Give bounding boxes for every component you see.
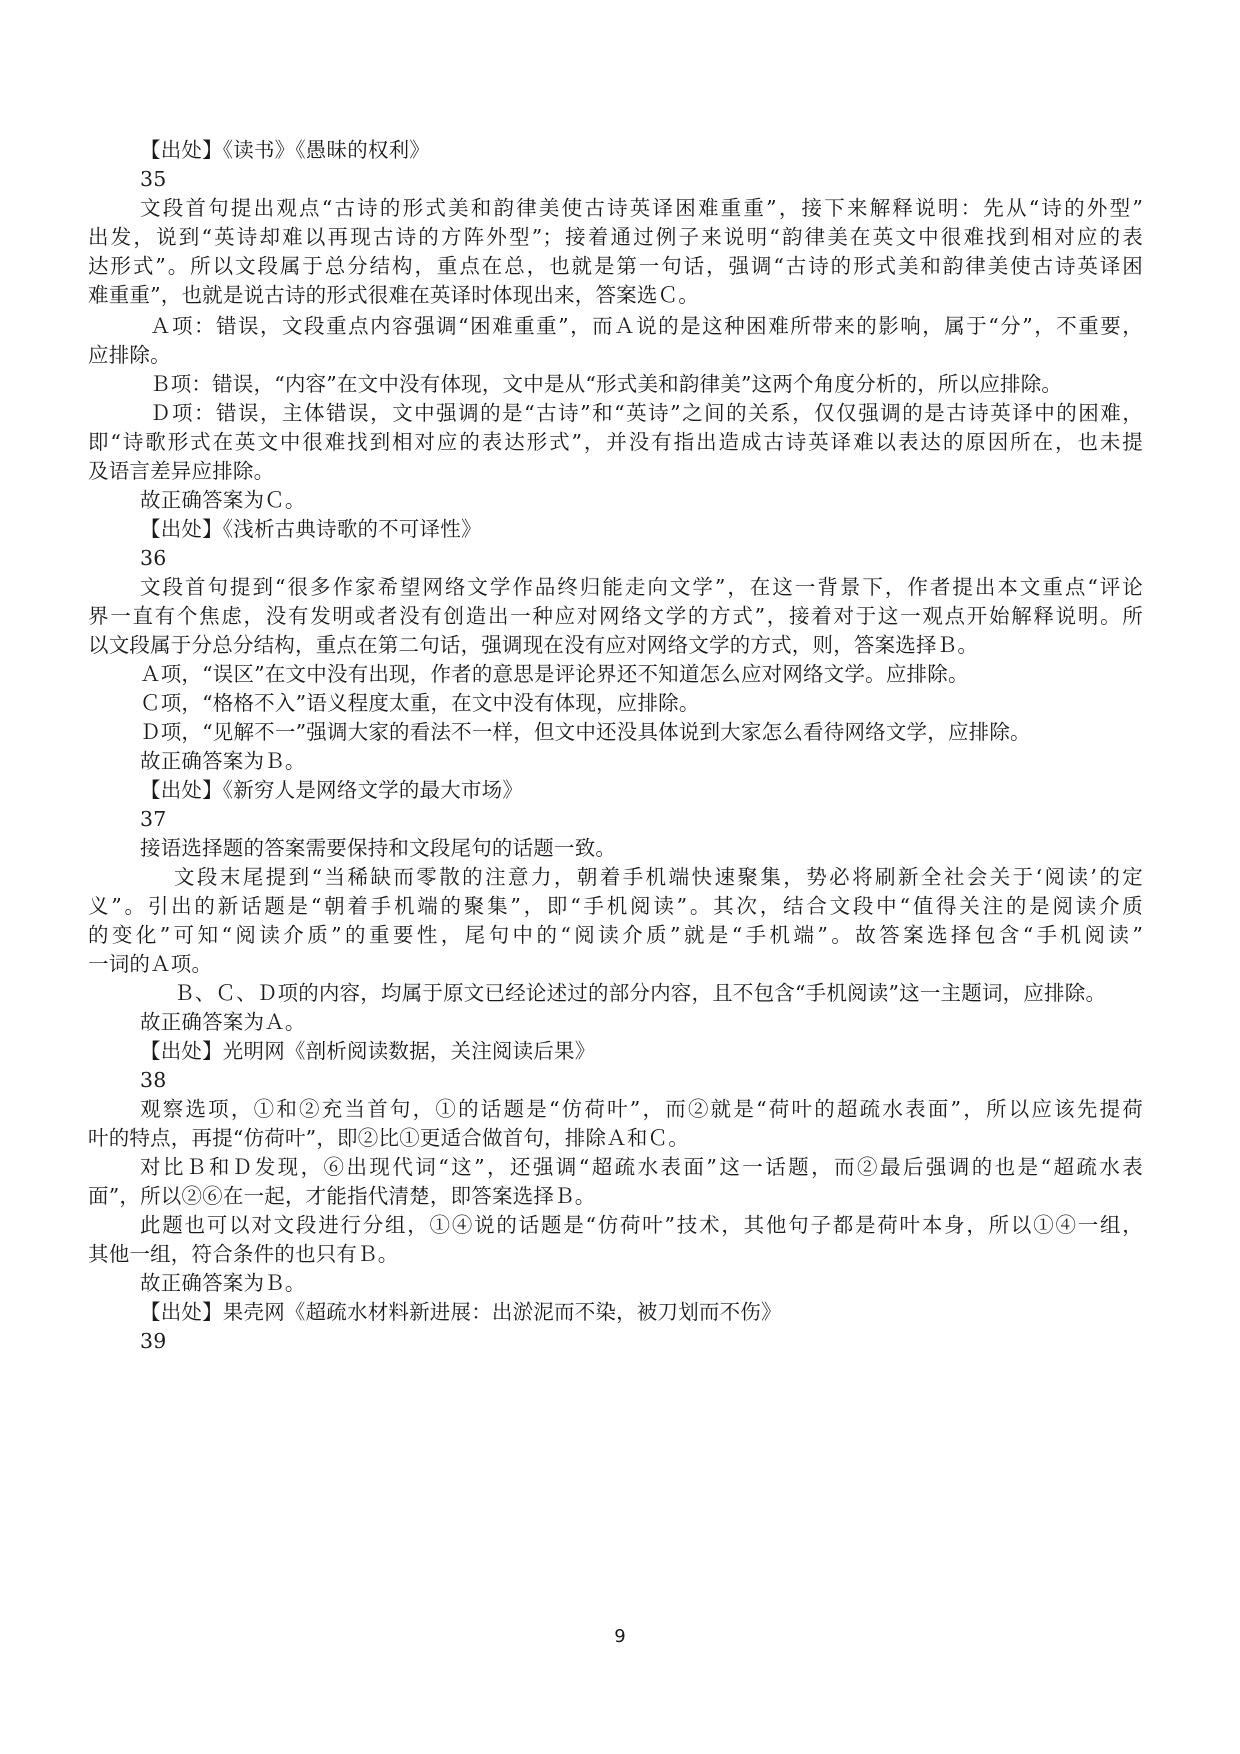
q37-source: 【出处】光明网《剖析阅读数据，关注阅读后果》: [140, 1037, 595, 1066]
q38-grouping-line-1: 此题也可以对文段进行分组，①④说的话题是“仿荷叶”技术，其他句子都是荷叶本身，所…: [140, 1211, 1143, 1240]
question-number-36: 36: [140, 544, 167, 573]
question-number-37: 37: [140, 805, 167, 834]
q38-grouping-line-2: 其他一组，符合条件的也只有Ｂ。: [88, 1240, 399, 1269]
q37-analysis-line-4: 一词的Ａ项。: [88, 950, 212, 979]
q37-analysis-line-3: 的变化”可知“阅读介质”的重要性，尾句中的“阅读介质”就是“手机端”。故答案选择…: [88, 921, 1143, 950]
q35-option-d-line-2: 即“诗歌形式在英文中很难找到相对应的表达形式”，并没有指出造成古诗英译难以表达的…: [88, 428, 1143, 457]
q35-analysis-line-2: 出发，说到“英诗却难以再现古诗的方阵外型”；接着通过例子来说明“韵律美在英文中很…: [88, 223, 1143, 252]
q37-option-bcd: Ｂ、Ｃ、Ｄ项的内容，均属于原文已经论述过的部分内容，且不包含“手机阅读”这一主题…: [174, 979, 1106, 1008]
q35-analysis-line-4: 难重重”，也就是说古诗的形式很难在英译时体现出来，答案选Ｃ。: [88, 281, 699, 310]
q37-analysis-line-2: 义”。引出的新话题是“朝着手机端的聚集”，即“手机阅读”。其次，结合文段中“值得…: [88, 892, 1143, 921]
q35-option-d-line-3: 及语言差异应排除。: [88, 457, 274, 486]
q35-analysis-line-3: 达形式”。所以文段属于总分结构，重点在总，也就是第一句话，强调“古诗的形式美和韵…: [88, 252, 1143, 281]
q37-analysis-line-1: 文段末尾提到“当稀缺而零散的注意力，朝着手机端快速聚集，势必将刷新全社会关于‘阅…: [174, 863, 1143, 892]
q36-analysis-line-1: 文段首句提到“很多作家希望网络文学作品终归能走向文学”，在这一背景下，作者提出本…: [140, 573, 1143, 602]
q38-conclusion: 故正确答案为Ｂ。: [140, 1269, 306, 1298]
q35-source: 【出处】《浅析古典诗歌的不可译性》: [140, 515, 482, 544]
q37-conclusion: 故正确答案为Ａ。: [140, 1008, 306, 1037]
document-page: 【出处】《读书》《愚昧的权利》 35 文段首句提出观点“古诗的形式美和韵律美使古…: [0, 0, 1240, 1754]
q36-conclusion: 故正确答案为Ｂ。: [140, 747, 306, 776]
q36-option-d: Ｄ项，“见解不一”强调大家的看法不一样，但文中还没具体说到大家怎么看待网络文学，…: [140, 718, 1031, 747]
q36-option-a: Ａ项，“误区”在文中没有出现，作者的意思是评论界还不知道怎么应对网络文学。应排除…: [140, 660, 969, 689]
q35-analysis-line-1: 文段首句提出观点“古诗的形式美和韵律美使古诗英译困难重重”，接下来解释说明：先从…: [140, 194, 1143, 223]
question-number-39: 39: [140, 1327, 167, 1356]
q38-analysis-line-1: 观察选项，①和②充当首句，①的话题是“仿荷叶”，而②就是“荷叶的超疏水表面”，所…: [140, 1095, 1143, 1124]
source-line: 【出处】《读书》《愚昧的权利》: [140, 136, 430, 165]
q35-conclusion: 故正确答案为Ｃ。: [140, 486, 306, 515]
q35-option-d-line-1: Ｄ项：错误，主体错误，文中强调的是“古诗”和“英诗”之间的关系，仅仅强调的是古诗…: [150, 399, 1143, 428]
q36-analysis-line-3: 以文段属于分总分结构，重点在第二句话，强调现在没有应对网络文学的方式，则，答案选…: [88, 631, 978, 660]
q37-rule: 接语选择题的答案需要保持和文段尾句的话题一致。: [140, 834, 616, 863]
q36-option-c: Ｃ项，“格格不入”语义程度太重，在文中没有体现，应排除。: [140, 689, 700, 718]
question-number-35: 35: [140, 165, 167, 194]
q38-source: 【出处】果壳网《超疏水材料新进展：出淤泥而不染，被刀划而不伤》: [140, 1298, 782, 1327]
q36-source: 【出处】《新穷人是网络文学的最大市场》: [140, 776, 523, 805]
page-number: 9: [0, 1626, 1240, 1647]
question-number-38: 38: [140, 1066, 167, 1095]
q38-compare-line-2: 面”，所以②⑥在一起，才能指代清楚，即答案选择Ｂ。: [88, 1182, 595, 1211]
q35-option-a-line-2: 应排除。: [88, 341, 171, 370]
q38-compare-line-1: 对比Ｂ和Ｄ发现，⑥出现代词“这”，还强调“超疏水表面”这一话题，而②最后强调的也…: [140, 1153, 1143, 1182]
q38-analysis-line-2: 叶的特点，再提“仿荷叶”，即②比①更适合做首句，排除Ａ和Ｃ。: [88, 1124, 689, 1153]
q35-option-a-line-1: Ａ项：错误，文段重点内容强调“困难重重”，而Ａ说的是这种困难所带来的影响，属于“…: [150, 312, 1143, 341]
q36-analysis-line-2: 界一直有个焦虑，没有发明或者没有创造出一种应对网络文学的方式”，接着对于这一观点…: [88, 602, 1143, 631]
q35-option-b: Ｂ项：错误，“内容”在文中没有体现，文中是从“形式美和韵律美”这两个角度分析的，…: [150, 370, 1062, 399]
